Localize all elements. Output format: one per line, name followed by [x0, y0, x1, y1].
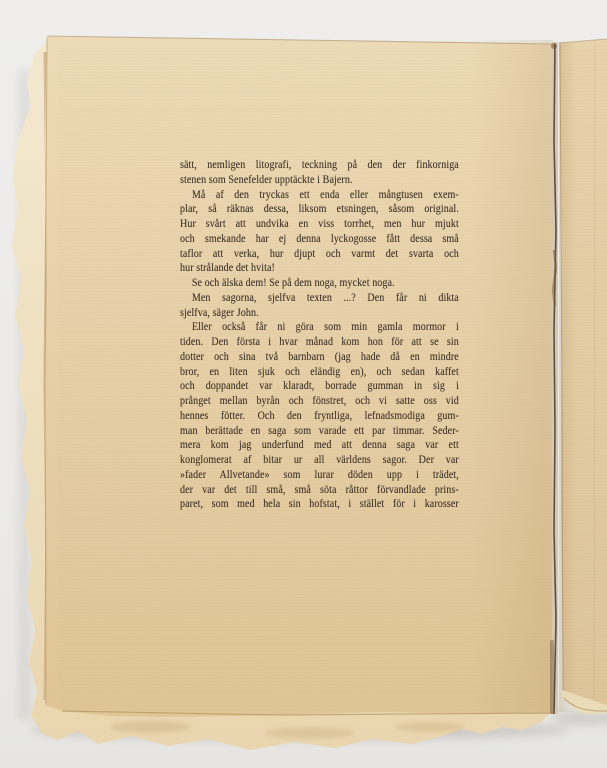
- text-line: Må af den tryckas ett enda eller mångtus…: [180, 187, 459, 202]
- text-line: »fader Allvetande» som lurar döden upp i…: [180, 467, 459, 482]
- text-line: hur strålande det hvita!: [180, 260, 459, 275]
- book-photograph: sätt, nemligen litografi, teckning på de…: [0, 0, 607, 768]
- deckle-smudge: [395, 722, 465, 732]
- text-line: bror, en liten sjuk och eländig en), och…: [180, 364, 459, 379]
- text-line: Hur svårt att undvika en viss torrhet, m…: [180, 216, 459, 231]
- text-line: sjelfva, säger John.: [180, 305, 459, 320]
- text-line: dotter och sina två barnbarn (jag hade d…: [180, 349, 459, 364]
- text-line: tiden. Den första i hvar månad kom hon f…: [180, 334, 459, 349]
- gutter-curvature-shade: [470, 40, 553, 714]
- text-line: man berättade en saga som varade ett par…: [180, 423, 459, 438]
- text-line: konglomerat af bitar ur all världens sag…: [180, 452, 459, 467]
- deckle-smudge: [110, 721, 190, 733]
- text-line: taflor att verka, hur djupt och varmt de…: [180, 246, 459, 261]
- gutter-top-notch: [551, 43, 557, 49]
- text-line: Eller också får ni göra som min gamla mo…: [180, 319, 459, 334]
- text-line: hennes fötter. Och den fryntliga, lefnad…: [180, 408, 459, 423]
- text-line: Se och älska dem! Se på dem noga, mycket…: [180, 275, 459, 290]
- gutter-bottom-stain: [550, 640, 554, 714]
- page-text: sätt, nemligen litografi, teckning på de…: [180, 157, 459, 511]
- text-line: prånget mellan byrån och fönstret, och v…: [180, 393, 459, 408]
- right-page-left-shade: [559, 42, 607, 712]
- text-line: plar, så räknas dessa, liksom etsningen,…: [180, 201, 459, 216]
- text-line: sätt, nemligen litografi, teckning på de…: [180, 157, 459, 172]
- text-line: paret, som med hela sin hofstat, i ställ…: [180, 496, 459, 511]
- deckle-smudge: [265, 727, 355, 739]
- text-line: mera kom jag underfund med att denna sag…: [180, 437, 459, 452]
- text-line: och doppandet var klaradt, borrade gumma…: [180, 378, 459, 393]
- text-line: Men sagorna, sjelfva texten ...? Den får…: [180, 290, 459, 305]
- text-line: och smekande har ej denna lyckogosse fåt…: [180, 231, 459, 246]
- text-line: der var det till små, små söta råttor fö…: [180, 482, 459, 497]
- text-line: stenen som Senefelder upptäckte i Bajern…: [180, 172, 459, 187]
